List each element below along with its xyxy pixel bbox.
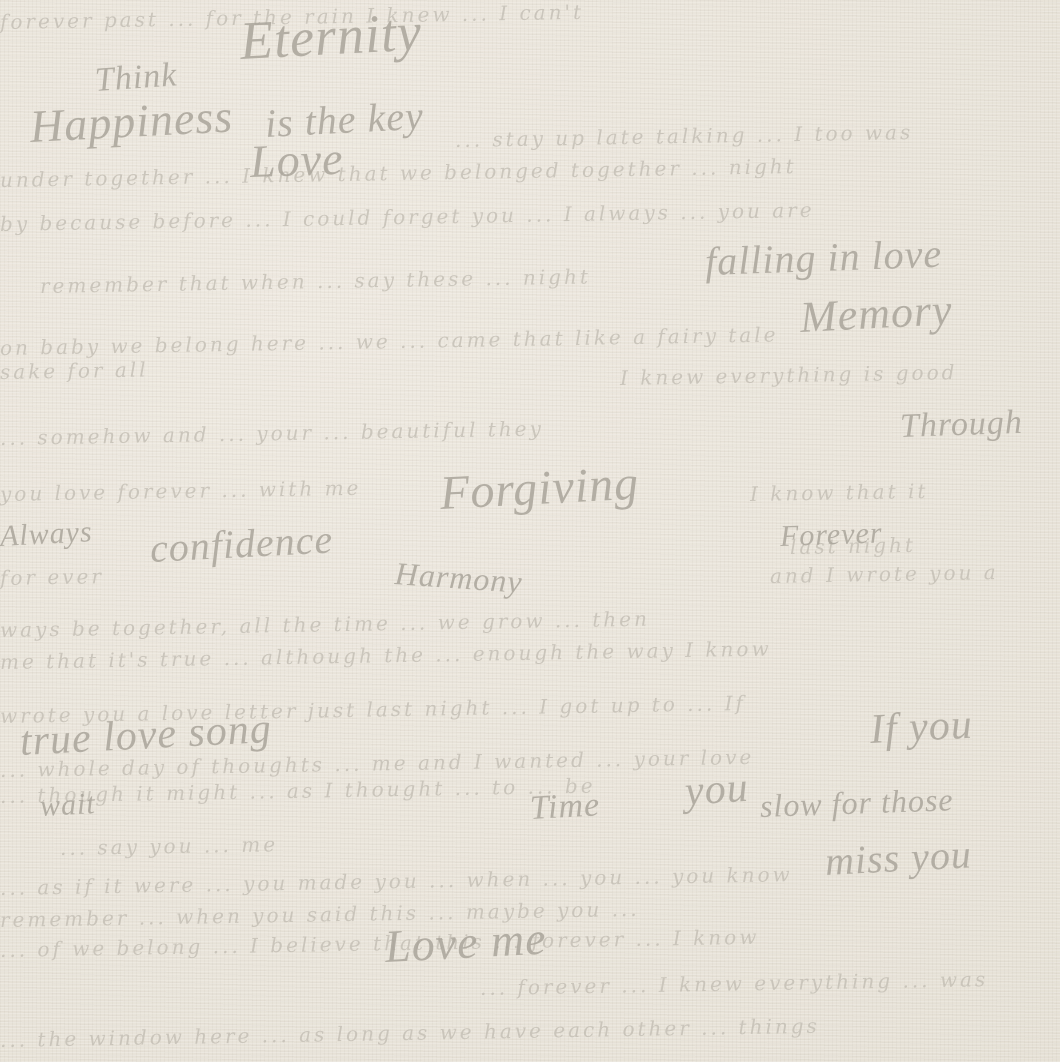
faint-script-line: ... the window here ... as long as we ha… [0, 1014, 820, 1052]
script-word: Eternity [238, 1, 423, 72]
faint-script-line: remember that when ... say these ... nig… [40, 264, 591, 298]
faint-script-line: you love forever ... with me [0, 476, 362, 506]
faint-script-line: ... stay up late talking ... I too was [455, 120, 914, 152]
script-word: Always [0, 515, 93, 554]
faint-script-line: me that it's true ... although the ... e… [0, 637, 772, 674]
script-word: Love [249, 132, 344, 188]
script-wallpaper-texture: forever past ... for the rain I knew ...… [0, 0, 1060, 1062]
faint-script-line: by because before ... I could forget you… [0, 198, 815, 236]
script-word: Time [529, 786, 601, 828]
script-word: falling in love [704, 230, 943, 285]
script-word: you [683, 764, 750, 816]
script-word: slow for those [759, 781, 954, 825]
script-word: miss you [824, 830, 973, 885]
script-word: Harmony [394, 555, 524, 601]
faint-script-line: sake for all [0, 357, 149, 384]
script-word: If you [869, 701, 974, 754]
faint-script-line: I knew everything is good [620, 360, 958, 390]
faint-script-line: ... somehow and ... your ... beautiful t… [0, 417, 544, 450]
script-word: Memory [799, 284, 954, 343]
faint-script-line: under together ... I knew that we belong… [0, 154, 797, 192]
faint-script-line: ... say you ... me [60, 832, 278, 860]
script-word: Happiness [29, 89, 235, 153]
script-word: Forgiving [439, 456, 641, 521]
script-word: Forever [779, 516, 883, 554]
script-word: confidence [149, 515, 334, 572]
faint-script-line: ways be together, all the time ... we gr… [0, 607, 650, 642]
faint-script-line: for ever [0, 564, 104, 590]
script-word: Through [899, 404, 1023, 446]
faint-script-line: ... as if it were ... you made you ... w… [0, 862, 793, 900]
faint-script-line: I know that it [750, 479, 929, 506]
script-word: Love me [384, 912, 548, 973]
faint-script-line: and I wrote you a [770, 560, 999, 588]
faint-script-line: on baby we belong here ... we ... came t… [0, 322, 779, 360]
faint-script-line: ... forever ... I knew everything ... wa… [480, 967, 989, 1000]
faint-script-line: ... of we belong ... I believe that this… [0, 925, 760, 962]
script-word: wait [39, 787, 96, 824]
